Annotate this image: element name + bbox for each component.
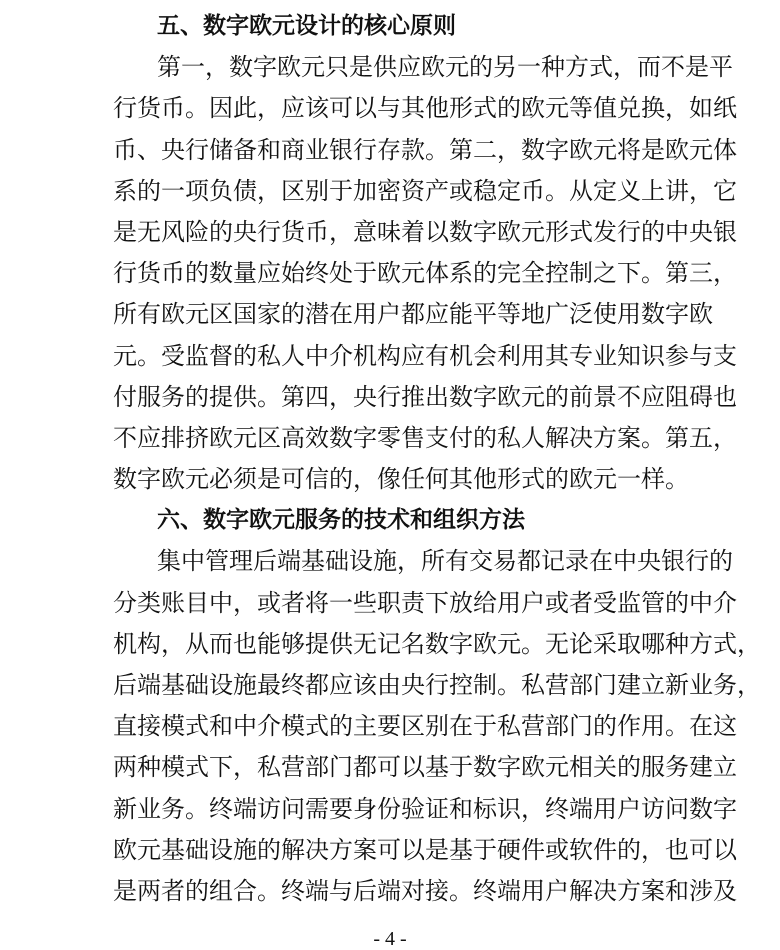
paragraph-line: 分类账目中，或者将一些职责下放给用户或者受监管的中介 <box>113 583 669 624</box>
paragraph-line: 新业务。终端访问需要身份验证和标识，终端用户访问数字 <box>113 789 669 830</box>
paragraph-line: 后端基础设施最终都应该由央行控制。私营部门建立新业务， <box>113 665 669 706</box>
paragraph-line: 不应排挤欧元区高效数字零售支付的私人解决方案。第五， <box>113 418 669 459</box>
section-heading-6: 六、数字欧元服务的技术和组织方法 <box>113 500 669 541</box>
paragraph-line: 行货币。因此，应该可以与其他形式的欧元等值兑换，如纸 <box>113 88 669 129</box>
paragraph-line: 是无风险的央行货币，意味着以数字欧元形式发行的中央银 <box>113 212 669 253</box>
paragraph-line: 欧元基础设施的解决方案可以是基于硬件或软件的，也可以 <box>113 830 669 871</box>
paragraph-line: 直接模式和中介模式的主要区别在于私营部门的作用。在这 <box>113 706 669 747</box>
paragraph-line: 两种模式下，私营部门都可以基于数字欧元相关的服务建立 <box>113 747 669 788</box>
paragraph-line: 第一，数字欧元只是供应欧元的另一种方式，而不是平 <box>113 47 669 88</box>
section-heading-5: 五、数字欧元设计的核心原则 <box>113 6 669 47</box>
paragraph-line: 数字欧元必须是可信的，像任何其他形式的欧元一样。 <box>113 459 669 500</box>
paragraph-line: 集中管理后端基础设施，所有交易都记录在中央银行的 <box>113 541 669 582</box>
document-page: 五、数字欧元设计的核心原则 第一，数字欧元只是供应欧元的另一种方式，而不是平 行… <box>113 6 669 912</box>
paragraph-line: 付服务的提供。第四，央行推出数字欧元的前景不应阻碍也 <box>113 377 669 418</box>
paragraph-line: 所有欧元区国家的潜在用户都应能平等地广泛使用数字欧 <box>113 294 669 335</box>
paragraph-line: 系的一项负债，区别于加密资产或稳定币。从定义上讲，它 <box>113 171 669 212</box>
paragraph-line: 行货币的数量应始终处于欧元体系的完全控制之下。第三， <box>113 253 669 294</box>
page-number: - 4 - <box>0 927 780 950</box>
paragraph-line: 元。受监督的私人中介机构应有机会利用其专业知识参与支 <box>113 336 669 377</box>
paragraph-line: 币、央行储备和商业银行存款。第二，数字欧元将是欧元体 <box>113 130 669 171</box>
paragraph-line: 是两者的组合。终端与后端对接。终端用户解决方案和涉及 <box>113 871 669 912</box>
paragraph-line: 机构，从而也能够提供无记名数字欧元。无论采取哪种方式， <box>113 624 669 665</box>
